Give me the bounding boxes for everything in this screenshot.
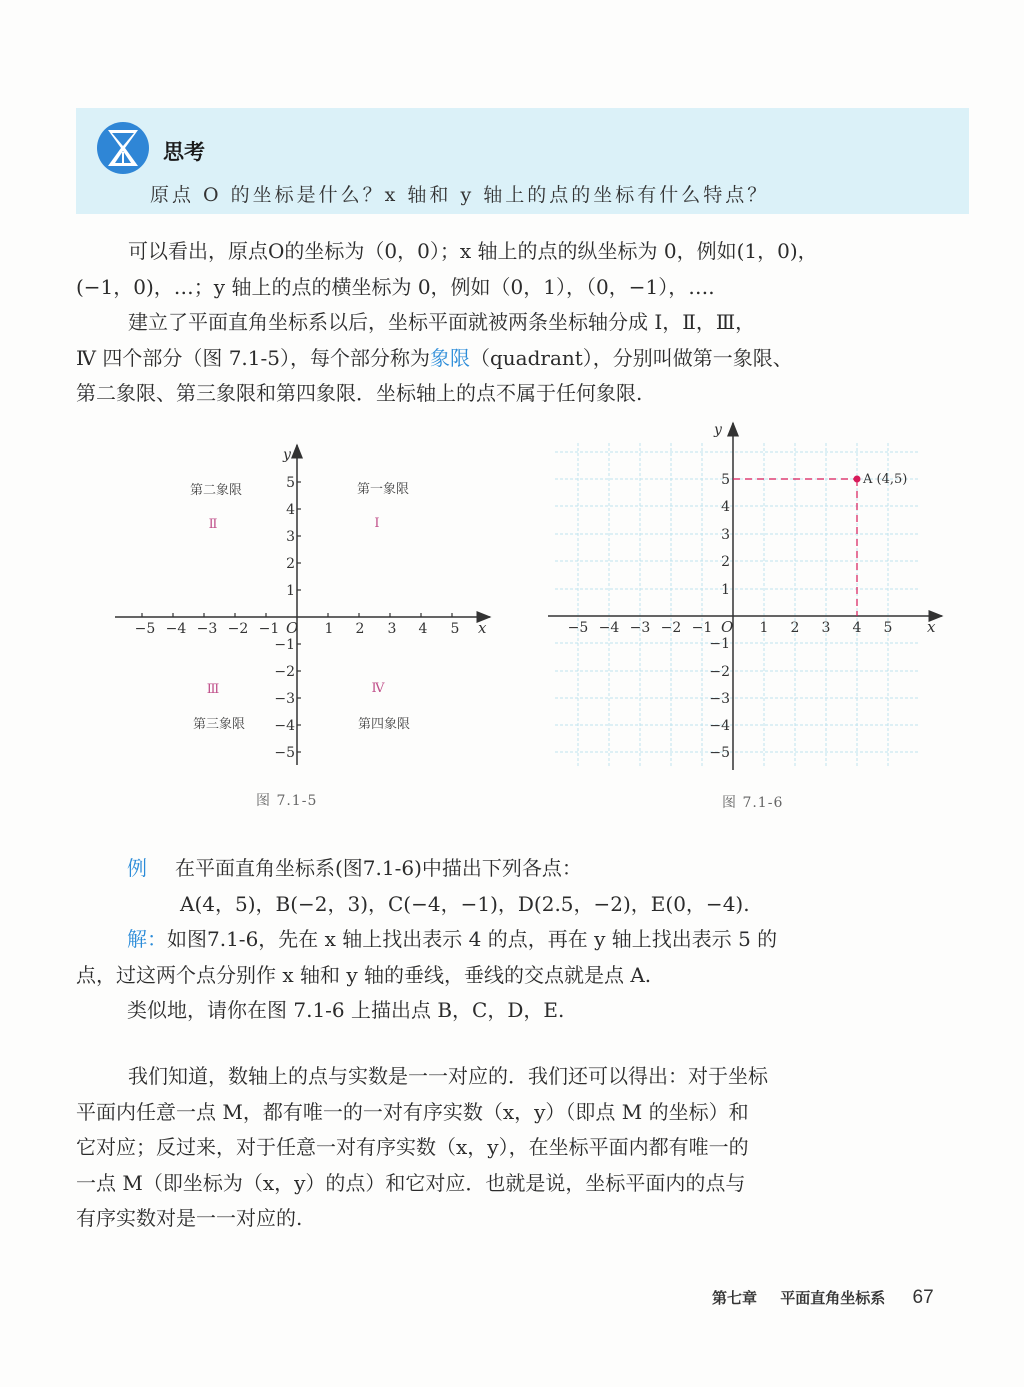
svg-text:−3: −3: [709, 691, 730, 707]
svg-text:−1: −1: [692, 620, 713, 636]
svg-text:−5: −5: [274, 745, 295, 761]
p2-line2-post: （quadrant），分别叫做第一象限、: [470, 346, 793, 370]
svg-text:−2: −2: [661, 620, 682, 636]
solution-text1: 如图7.1-6，先在 x 轴上找出表示 4 的点，再在 y 轴上找出表示 5 的: [167, 927, 777, 951]
quadrant-4-numeral: Ⅳ: [372, 681, 386, 696]
svg-text:−5: −5: [568, 620, 589, 636]
quadrant-1-label: 第一象限: [357, 482, 409, 497]
closing-line1: 我们知道，数轴上的点与实数是一一对应的．我们还可以得出：对于坐标: [76, 1059, 981, 1095]
svg-text:3: 3: [721, 527, 730, 543]
svg-text:−3: −3: [274, 691, 295, 707]
svg-text:4: 4: [286, 502, 295, 518]
example-points: A(4，5)，B(−2，3)，C(−4，−1)，D(2.5，−2)，E(0，−4…: [76, 887, 981, 923]
example-prompt: 在平面直角坐标系(图7.1-6)中描出下列各点：: [175, 856, 582, 880]
p2-line2: Ⅳ 四个部分（图 7.1-5），每个部分称为象限（quadrant），分别叫做第…: [76, 341, 981, 377]
solution-line3: 类似地，请你在图 7.1-6 上描出点 B，C，D，E.: [76, 993, 981, 1029]
svg-text:5: 5: [884, 620, 893, 636]
y-axis-label: y: [282, 447, 292, 463]
svg-text:3: 3: [822, 620, 831, 636]
quadrant-2-label: 第二象限: [190, 483, 242, 498]
svg-text:5: 5: [286, 475, 295, 491]
svg-text:−1: −1: [709, 636, 730, 652]
chapter-title: 平面直角坐标系: [780, 1289, 885, 1307]
p2-line3: 第二象限、第三象限和第四象限．坐标轴上的点不属于任何象限.: [76, 376, 981, 412]
think-title: 思考: [163, 136, 205, 166]
svg-text:1: 1: [286, 583, 295, 599]
closing-line4: 一点 M（即坐标为（x，y）的点）和它对应．也就是说，坐标平面内的点与: [76, 1166, 981, 1202]
svg-text:−2: −2: [274, 664, 295, 680]
svg-text:−4: −4: [599, 620, 620, 636]
svg-text:4: 4: [721, 499, 730, 515]
figure-1-caption: 图 7.1-5: [256, 790, 317, 810]
example-label: 例: [127, 856, 147, 880]
think-question: 原点 O 的坐标是什么？x 轴和 y 轴上的点的坐标有什么特点？: [150, 180, 769, 207]
quadrant-3-numeral: Ⅲ: [207, 682, 220, 697]
svg-text:−4: −4: [274, 718, 295, 734]
p1-line1: 可以看出，原点O的坐标为（0，0）；x 轴上的点的纵坐标为 0，例如(1，0)，: [76, 234, 981, 270]
svg-text:5: 5: [451, 621, 460, 637]
p1-line2: (−1，0)，…；y 轴上的点的横坐标为 0，例如（0，1），（0，−1），….: [76, 270, 981, 306]
svg-text:1: 1: [760, 620, 769, 636]
page-footer: 第七章 平面直角坐标系 67: [712, 1287, 934, 1309]
svg-text:−2: −2: [228, 621, 249, 637]
p2-line2-pre: Ⅳ 四个部分（图 7.1-5），每个部分称为: [76, 346, 430, 370]
point-a-label: A (4,5): [862, 472, 907, 487]
svg-text:−2: −2: [709, 664, 730, 680]
x-axis-label: x: [927, 618, 936, 636]
svg-text:−3: −3: [630, 620, 651, 636]
solution-line2: 点，过这两个点分别作 x 轴和 y 轴的垂线，垂线的交点就是点 A.: [76, 958, 981, 994]
svg-text:−5: −5: [135, 621, 156, 637]
closing-paragraph: 我们知道，数轴上的点与实数是一一对应的．我们还可以得出：对于坐标 平面内任意一点…: [76, 1059, 981, 1237]
figure-2-caption: 图 7.1-6: [722, 792, 783, 812]
chapter-label: 第七章: [712, 1289, 757, 1307]
term-quadrant: 象限: [430, 346, 470, 370]
closing-line2: 平面内任意一点 M，都有唯一的一对有序实数（x，y）（即点 M 的坐标）和: [76, 1095, 981, 1131]
p2-line1: 建立了平面直角坐标系以后，坐标平面就被两条坐标轴分成 Ⅰ，Ⅱ，Ⅲ，: [76, 305, 981, 341]
svg-text:2: 2: [791, 620, 800, 636]
quadrant-2-numeral: Ⅱ: [209, 517, 218, 532]
origin-label: O: [721, 618, 733, 636]
svg-text:−1: −1: [259, 621, 280, 637]
svg-text:−3: −3: [197, 621, 218, 637]
x-axis-label: x: [478, 619, 487, 637]
hourglass-think-icon: [96, 121, 150, 175]
svg-text:1: 1: [325, 621, 334, 637]
closing-line3: 它对应；反过来，对于任意一对有序实数（x，y），在坐标平面内都有唯一的: [76, 1130, 981, 1166]
page-number: 67: [913, 1287, 934, 1308]
svg-text:4: 4: [419, 621, 428, 637]
quadrant-4-label: 第四象限: [358, 717, 410, 732]
svg-text:3: 3: [286, 529, 295, 545]
solution-label: 解：: [127, 927, 167, 951]
svg-text:3: 3: [388, 621, 397, 637]
figure-7-1-5: −5−4−3 −2−1 123 45 543 21 −1−2−3 −4−5 O …: [100, 430, 500, 820]
svg-text:−5: −5: [709, 745, 730, 761]
svg-text:2: 2: [721, 554, 730, 570]
svg-text:−4: −4: [166, 621, 187, 637]
origin-label: O: [286, 619, 298, 637]
svg-text:2: 2: [286, 556, 295, 572]
y-axis-label: y: [713, 422, 723, 438]
example-block: 例在平面直角坐标系(图7.1-6)中描出下列各点： A(4，5)，B(−2，3)…: [76, 851, 981, 1029]
quadrant-1-numeral: Ⅰ: [374, 516, 379, 531]
svg-text:5: 5: [721, 472, 730, 488]
svg-text:1: 1: [721, 582, 730, 598]
closing-line5: 有序实数对是一一对应的.: [76, 1201, 981, 1237]
solution-line1: 解：如图7.1-6，先在 x 轴上找出表示 4 的点，再在 y 轴上找出表示 5…: [76, 922, 981, 958]
figure-7-1-6: −5−4−3 −2−1 123 45 543 21 −1−2−3 −4−5 O …: [540, 415, 960, 785]
intro-paragraphs: 可以看出，原点O的坐标为（0，0）；x 轴上的点的纵坐标为 0，例如(1，0)，…: [76, 234, 981, 412]
point-a: [854, 476, 861, 483]
svg-text:−4: −4: [709, 718, 730, 734]
quadrant-3-label: 第三象限: [193, 717, 245, 732]
svg-text:4: 4: [853, 620, 862, 636]
example-line1: 例在平面直角坐标系(图7.1-6)中描出下列各点：: [76, 851, 981, 887]
svg-text:2: 2: [356, 621, 365, 637]
svg-text:−1: −1: [274, 637, 295, 653]
